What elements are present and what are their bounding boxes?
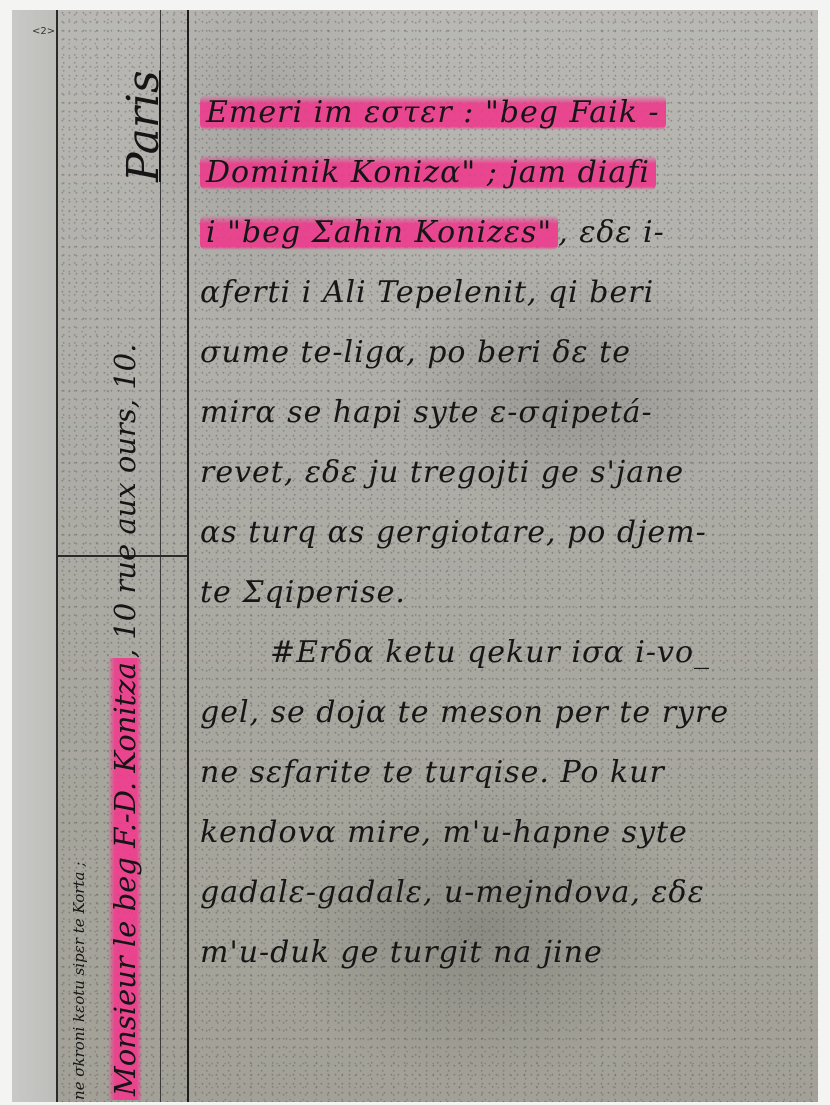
letter-line: gel, se dojα te meson per te ryre: [200, 695, 800, 755]
letter-line: ne sεfarite te turqise. Po kur: [200, 755, 800, 815]
letter-line: gadalε-gadalε, u-mejndova, εδε: [200, 875, 800, 935]
letter-body: Emeri im εστεr : "beg Faik - Dominik Kon…: [200, 95, 800, 995]
sender-street: , 10 rue aux ours, 10.: [108, 344, 142, 658]
highlighted-text: Emeri im εστεr : "beg Faik -: [200, 95, 666, 130]
letter-line: αferti i Ali Tepelenit, qi beri: [200, 275, 800, 335]
letter-line: m'u-duk ge turgit na jine: [200, 935, 800, 995]
letter-line: Emeri im εστεr : "beg Faik -: [200, 95, 800, 155]
highlighted-text: i "beg Σahin Konizεs": [200, 215, 558, 250]
line-text: , εδε i-: [558, 215, 665, 250]
letter-line: i "beg Σahin Konizεs", εδε i-: [200, 215, 800, 275]
letter-line: αs turq αs gergiotare, po djem-: [200, 515, 800, 575]
letter-line: mirα se hapi syte ε-σqipetá-: [200, 395, 800, 455]
place-heading: Paris: [118, 70, 169, 182]
letter-line: te Σqiperise.: [200, 575, 800, 635]
letter-line: kendovα mire, m'u-hapne syte: [200, 815, 800, 875]
sender-name-highlighted: Monsieur le beg F.-D. Konitza: [108, 658, 142, 1100]
letter-line: σume te-ligα, po beri δε te: [200, 335, 800, 395]
highlighted-text: Dominik Konizα" ; jam diafi: [200, 155, 656, 190]
page-number-mark: <2>: [32, 26, 55, 37]
letter-line: revet, εδε ju tregojti ge s'jane: [200, 455, 800, 515]
sender-address: Monsieur le beg F.-D. Konitza, 10 rue au…: [108, 344, 142, 1100]
left-margin-strip: [12, 10, 56, 1102]
letter-line: Dominik Konizα" ; jam diafi: [200, 155, 800, 215]
margin-note: ne σkroni kεotu sipεr te Korta ;: [70, 862, 88, 1100]
letter-line: #Erδα ketu qekur iσα i-vo_: [200, 635, 800, 695]
